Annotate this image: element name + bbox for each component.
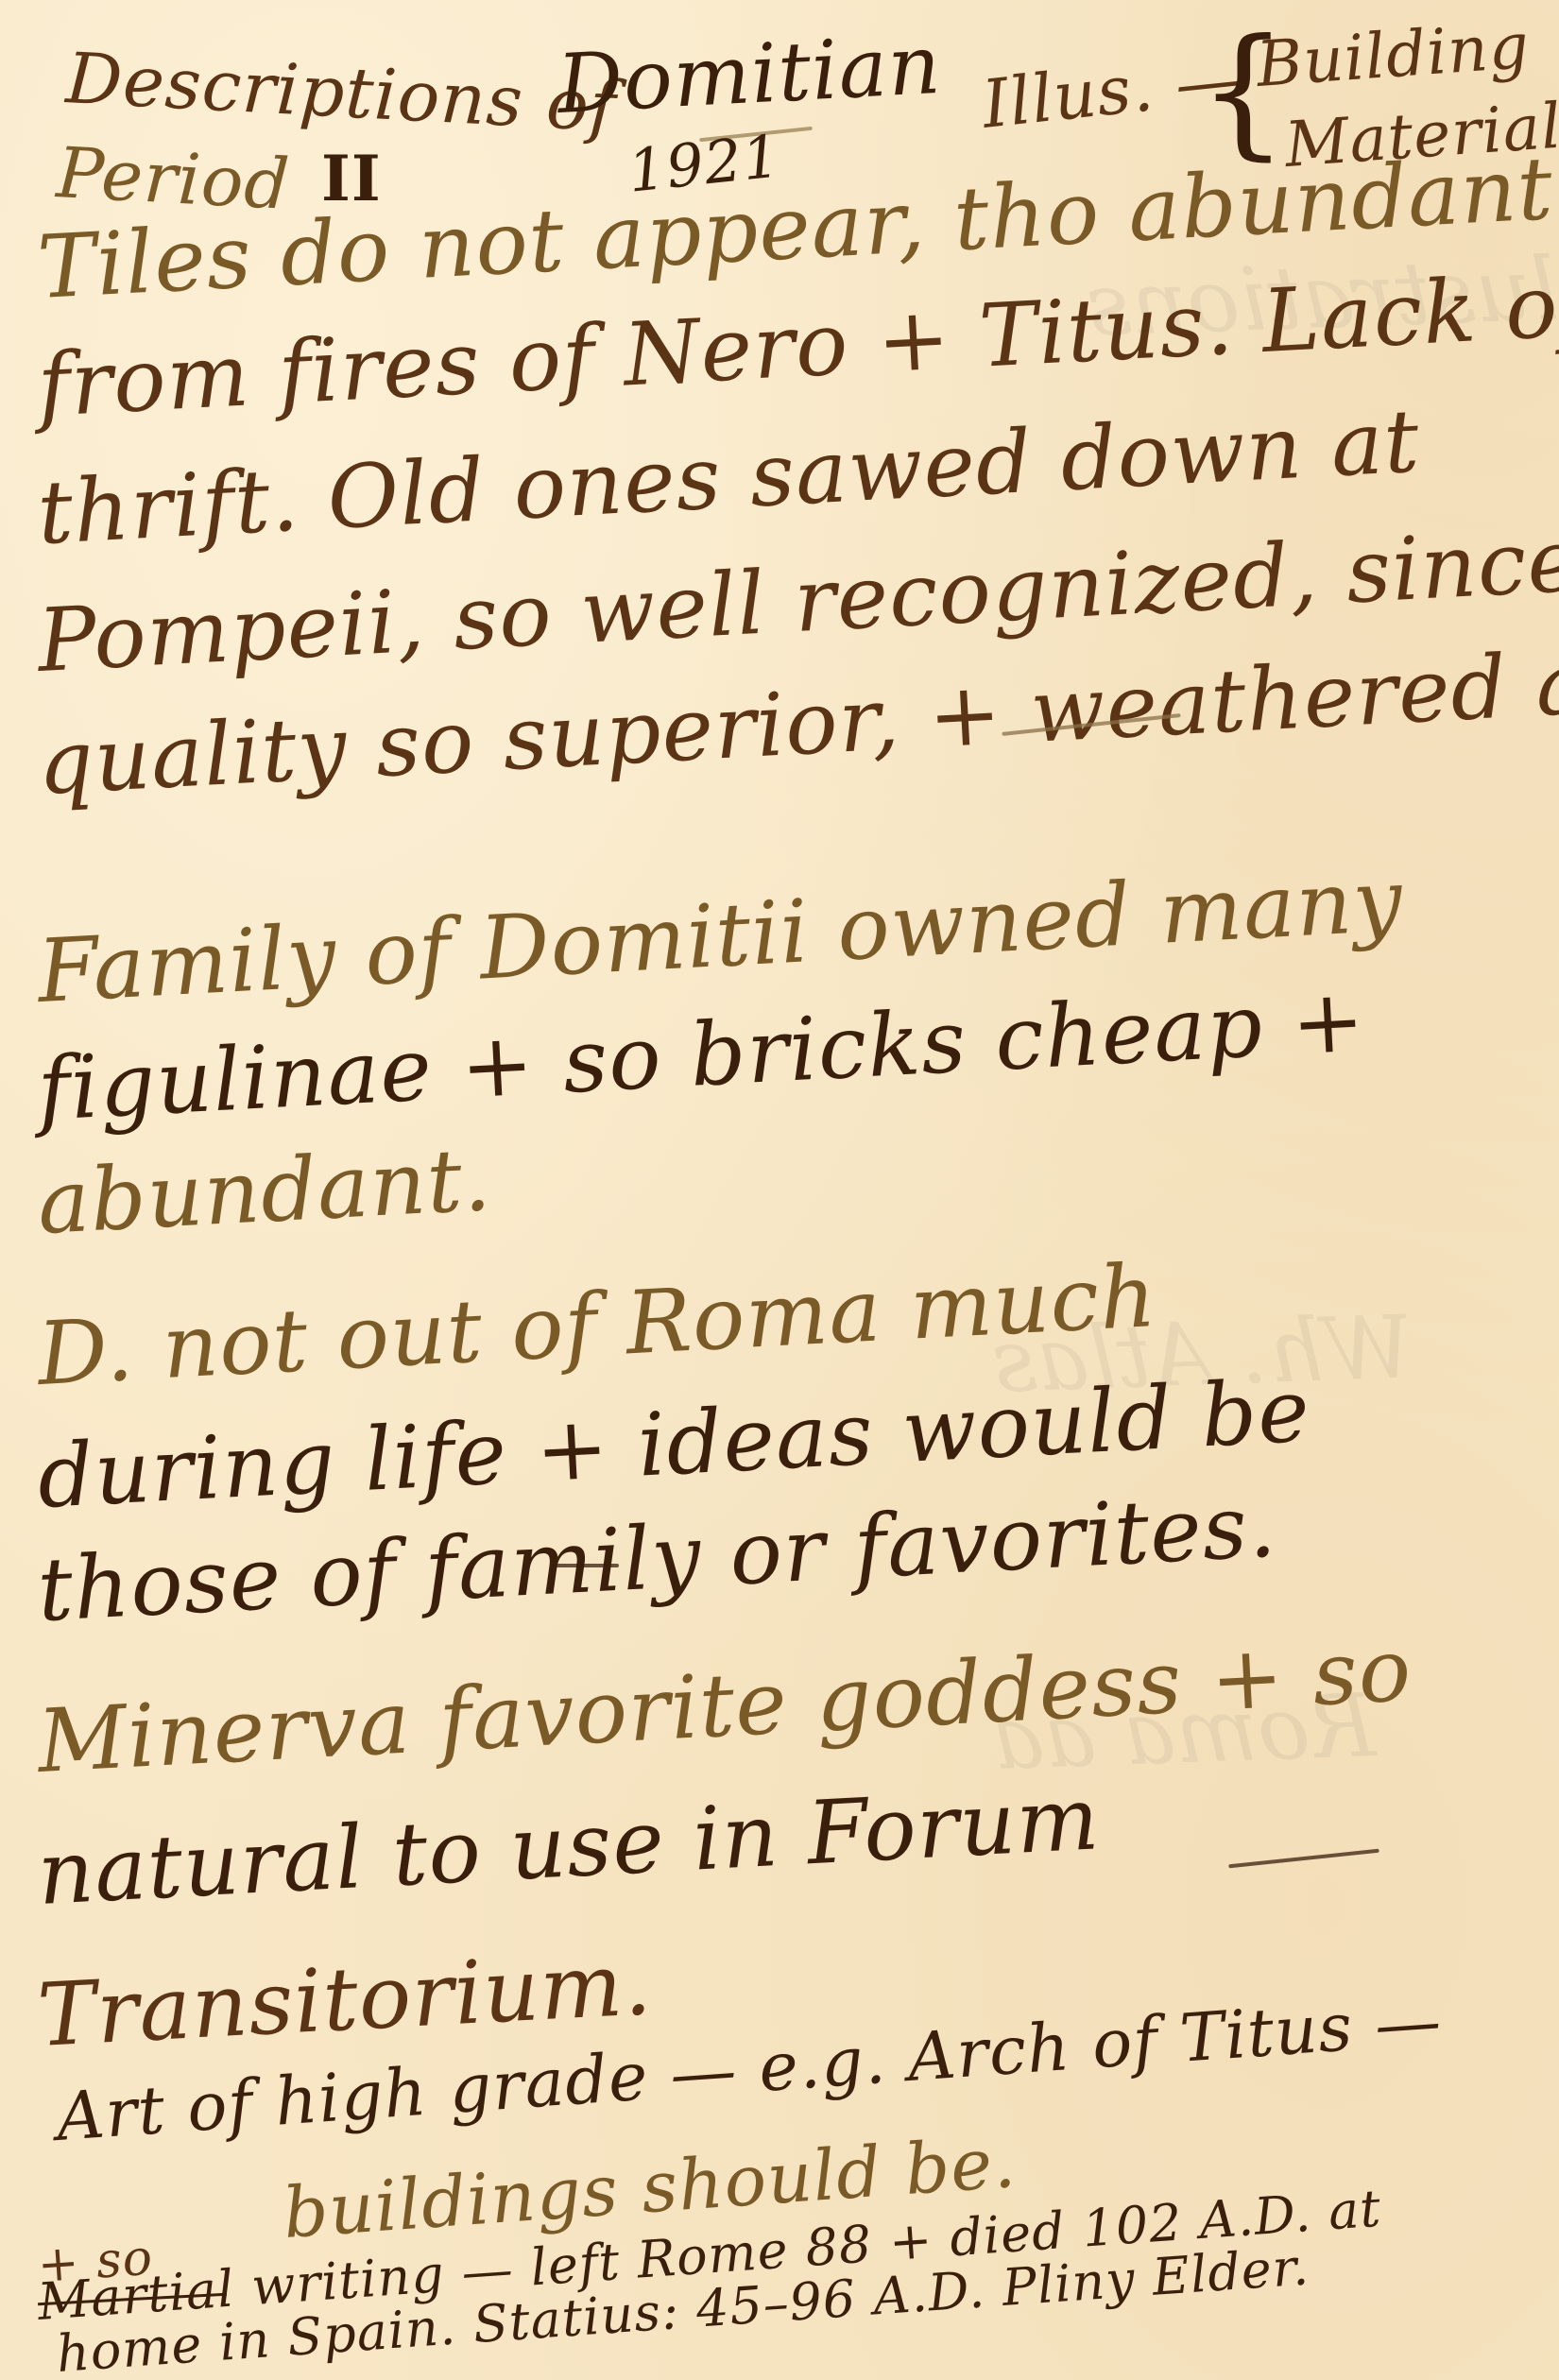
forum-underline (1228, 1849, 1379, 1869)
or-underline (553, 1564, 619, 1567)
text-line: Minerva favorite goddess + so (35, 1619, 1413, 1792)
text-line: natural to use in Forum (35, 1768, 1102, 1925)
header-subject: Domitian (555, 18, 943, 132)
header-category-building: Building (1254, 9, 1532, 101)
header-label: Descriptions of (64, 38, 619, 147)
text-line: abundant. (35, 1129, 493, 1254)
note-card: Illustrations Wh. Atlas Roma aa Descript… (0, 0, 1559, 2380)
